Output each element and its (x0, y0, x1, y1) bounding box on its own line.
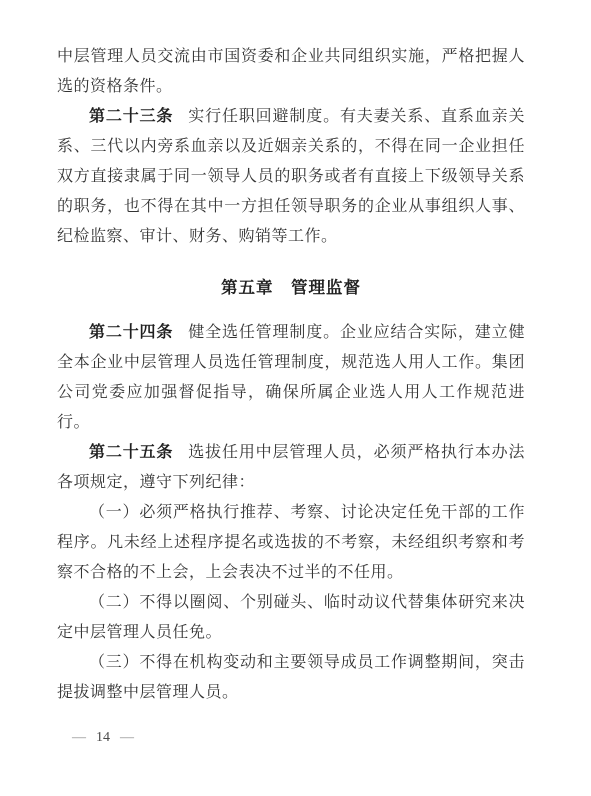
paragraph-continuation: 中层管理人员交流由市国资委和企业共同组织实施，严格把握人选的资格条件。 (57, 42, 525, 102)
article-24-paragraph: 第二十四条健全选任管理制度。企业应结合实际，建立健全本企业中层管理人员选任管理制… (57, 318, 525, 438)
list-item-1: （一）必须严格执行推荐、考察、讨论决定任免干部的工作程序。凡未经上述程序提名或选… (57, 498, 525, 588)
article-23-text: 实行任职回避制度。有夫妻关系、直系血亲关系、三代以内旁系血亲以及近姻亲关系的，不… (57, 108, 525, 245)
page-number-dash-right: — (120, 726, 134, 750)
page-number-value: 14 (96, 726, 110, 750)
article-25-paragraph: 第二十五条选拔任用中层管理人员，必须严格执行本办法各项规定，遵守下列纪律： (57, 438, 525, 498)
document-body: 中层管理人员交流由市国资委和企业共同组织实施，严格把握人选的资格条件。 第二十三… (57, 42, 525, 708)
article-24-number: 第二十四条 (89, 324, 173, 341)
page-number: — 14 — (72, 726, 134, 750)
document-page: 中层管理人员交流由市国资委和企业共同组织实施，严格把握人选的资格条件。 第二十三… (0, 0, 591, 796)
list-item-2: （二）不得以圈阅、个别碰头、临时动议代替集体研究来决定中层管理人员任免。 (57, 588, 525, 648)
article-23-paragraph: 第二十三条实行任职回避制度。有夫妻关系、直系血亲关系、三代以内旁系血亲以及近姻亲… (57, 102, 525, 252)
article-23-number: 第二十三条 (89, 108, 173, 125)
chapter-heading: 第五章 管理监督 (57, 273, 525, 303)
list-item-3: （三）不得在机构变动和主要领导成员工作调整期间，突击提拔调整中层管理人员。 (57, 648, 525, 708)
article-25-number: 第二十五条 (89, 444, 173, 461)
page-number-dash-left: — (72, 726, 86, 750)
